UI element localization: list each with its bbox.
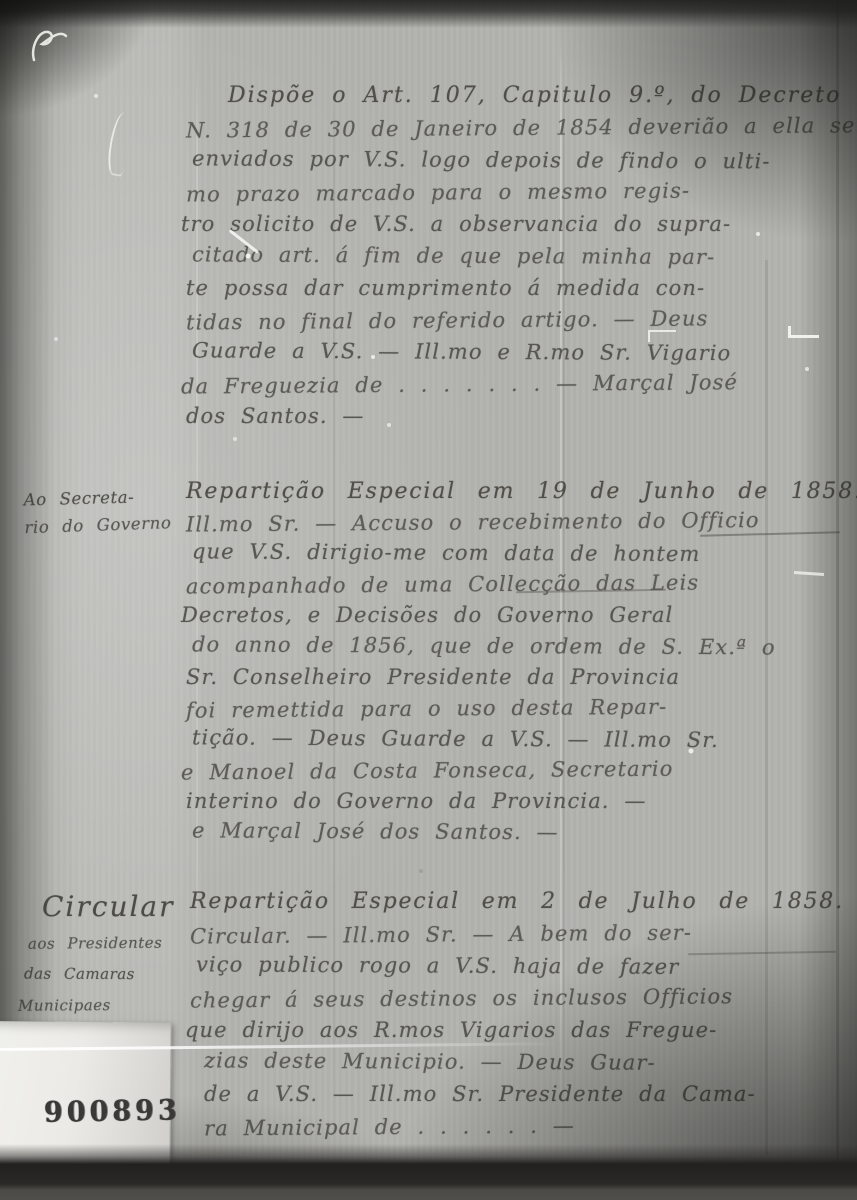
handwritten-line: Guarde a V.S. — Ill.mo e R.mo Sr. Vigari… <box>192 334 826 369</box>
handwritten-line: Circular. — Ill.mo Sr. — A bem do ser- <box>190 915 835 952</box>
handwritten-line: do anno de 1856, que de ordem de S. Ex.ª… <box>192 629 826 663</box>
handwritten-line: ra Municipal de . . . . . . — <box>204 1108 835 1145</box>
margin-note-line: aos Presidentes <box>28 927 211 959</box>
handwritten-line: interino do Governo da Provincia. — <box>186 786 826 817</box>
handwritten-line: citado art. á fim de que pela minha par- <box>192 238 826 273</box>
handwritten-line: e Manoel da Costa Fonseca, Secretario <box>181 752 826 788</box>
scanned-manuscript-page: Dispõe o Art. 107, Capitulo 9.º, do Decr… <box>0 0 857 1200</box>
handwritten-line: acompanhado de uma Collecção das Leis <box>186 566 826 602</box>
handwritten-line: de a V.S. — Ill.mo Sr. Presidente da Cam… <box>204 1078 835 1110</box>
margin-note-secretary: Ao Secreta-rio do Governo <box>23 482 209 541</box>
handwritten-line: tro solicito de V.S. a observancia do su… <box>181 208 826 240</box>
handwritten-line: te possa dar cumprimento á medida con- <box>186 272 826 304</box>
handwritten-line: enviados por V.S. logo depois de findo o… <box>192 142 826 177</box>
handwritten-line: Ill.mo Sr. — Accuso o recebimento do Off… <box>186 504 826 540</box>
handwritten-line: foi remettida para o uso desta Repar- <box>186 690 826 726</box>
margin-note-line: Circular <box>42 886 211 928</box>
manuscript-entry-2: Repartição Especial em 19 de Junho de 18… <box>186 476 826 848</box>
handwritten-line: que V.S. dirigio-me com data de hontem <box>192 536 826 570</box>
margin-note-line: Municipaes <box>18 989 211 1022</box>
handwritten-line: que dirijo aos R.mos Vigarios das Fregue… <box>185 1014 835 1046</box>
manuscript-entry-3: Repartição Especial em 2 de Julho de 185… <box>190 886 835 1142</box>
handwritten-line: viço publico rogo a V.S. haja de fazer <box>196 948 835 983</box>
margin-note-line: das Camaras <box>24 959 211 991</box>
archival-stamp-number: 900893 <box>44 1094 181 1129</box>
handwritten-line: Repartição Especial em 19 de Junho de 18… <box>186 476 826 507</box>
margin-note-circular: Circularaos Presidentesdas CamarasMunici… <box>36 886 211 1021</box>
handwritten-line: zias deste Municipio. — Deus Guar- <box>204 1044 835 1079</box>
corner-scribble-mark <box>26 20 72 68</box>
fold-crease <box>836 0 839 1200</box>
handwritten-line: Sr. Conselheiro Presidente da Provincia <box>186 662 826 693</box>
handwritten-line: Decretos, e Decisões do Governo Geral <box>181 600 826 631</box>
manuscript-entry-1: Dispõe o Art. 107, Capitulo 9.º, do Decr… <box>186 80 826 432</box>
scratch-mark <box>648 330 676 342</box>
handwritten-line: tidas no final do referido artigo. — Deu… <box>186 301 826 338</box>
handwritten-line: dos Santos. — <box>186 400 826 432</box>
handwritten-line: mo prazo marcado para o mesmo regis- <box>186 173 826 210</box>
handwritten-line: tição. — Deus Guarde a V.S. — Ill.mo Sr. <box>192 722 826 756</box>
photo-bottom-shadow <box>0 1144 857 1200</box>
handwritten-line: N. 318 de 30 de Janeiro de 1854 deverião… <box>186 109 826 146</box>
margin-note-line: rio do Governo <box>24 508 210 541</box>
handwritten-line: da Freguezia de . . . . . . . — Marçal J… <box>181 365 826 402</box>
scratch-mark <box>105 111 133 177</box>
scratch-mark <box>788 326 819 338</box>
handwritten-line: e Marçal José dos Santos. — <box>192 815 826 849</box>
handwritten-line: chegar á seus destinos os inclusos Offic… <box>190 979 835 1016</box>
handwritten-line: Dispõe o Art. 107, Capitulo 9.º, do Decr… <box>186 80 826 112</box>
handwritten-line: Repartição Especial em 2 de Julho de 185… <box>190 886 835 918</box>
dust-specks <box>0 0 2 2</box>
